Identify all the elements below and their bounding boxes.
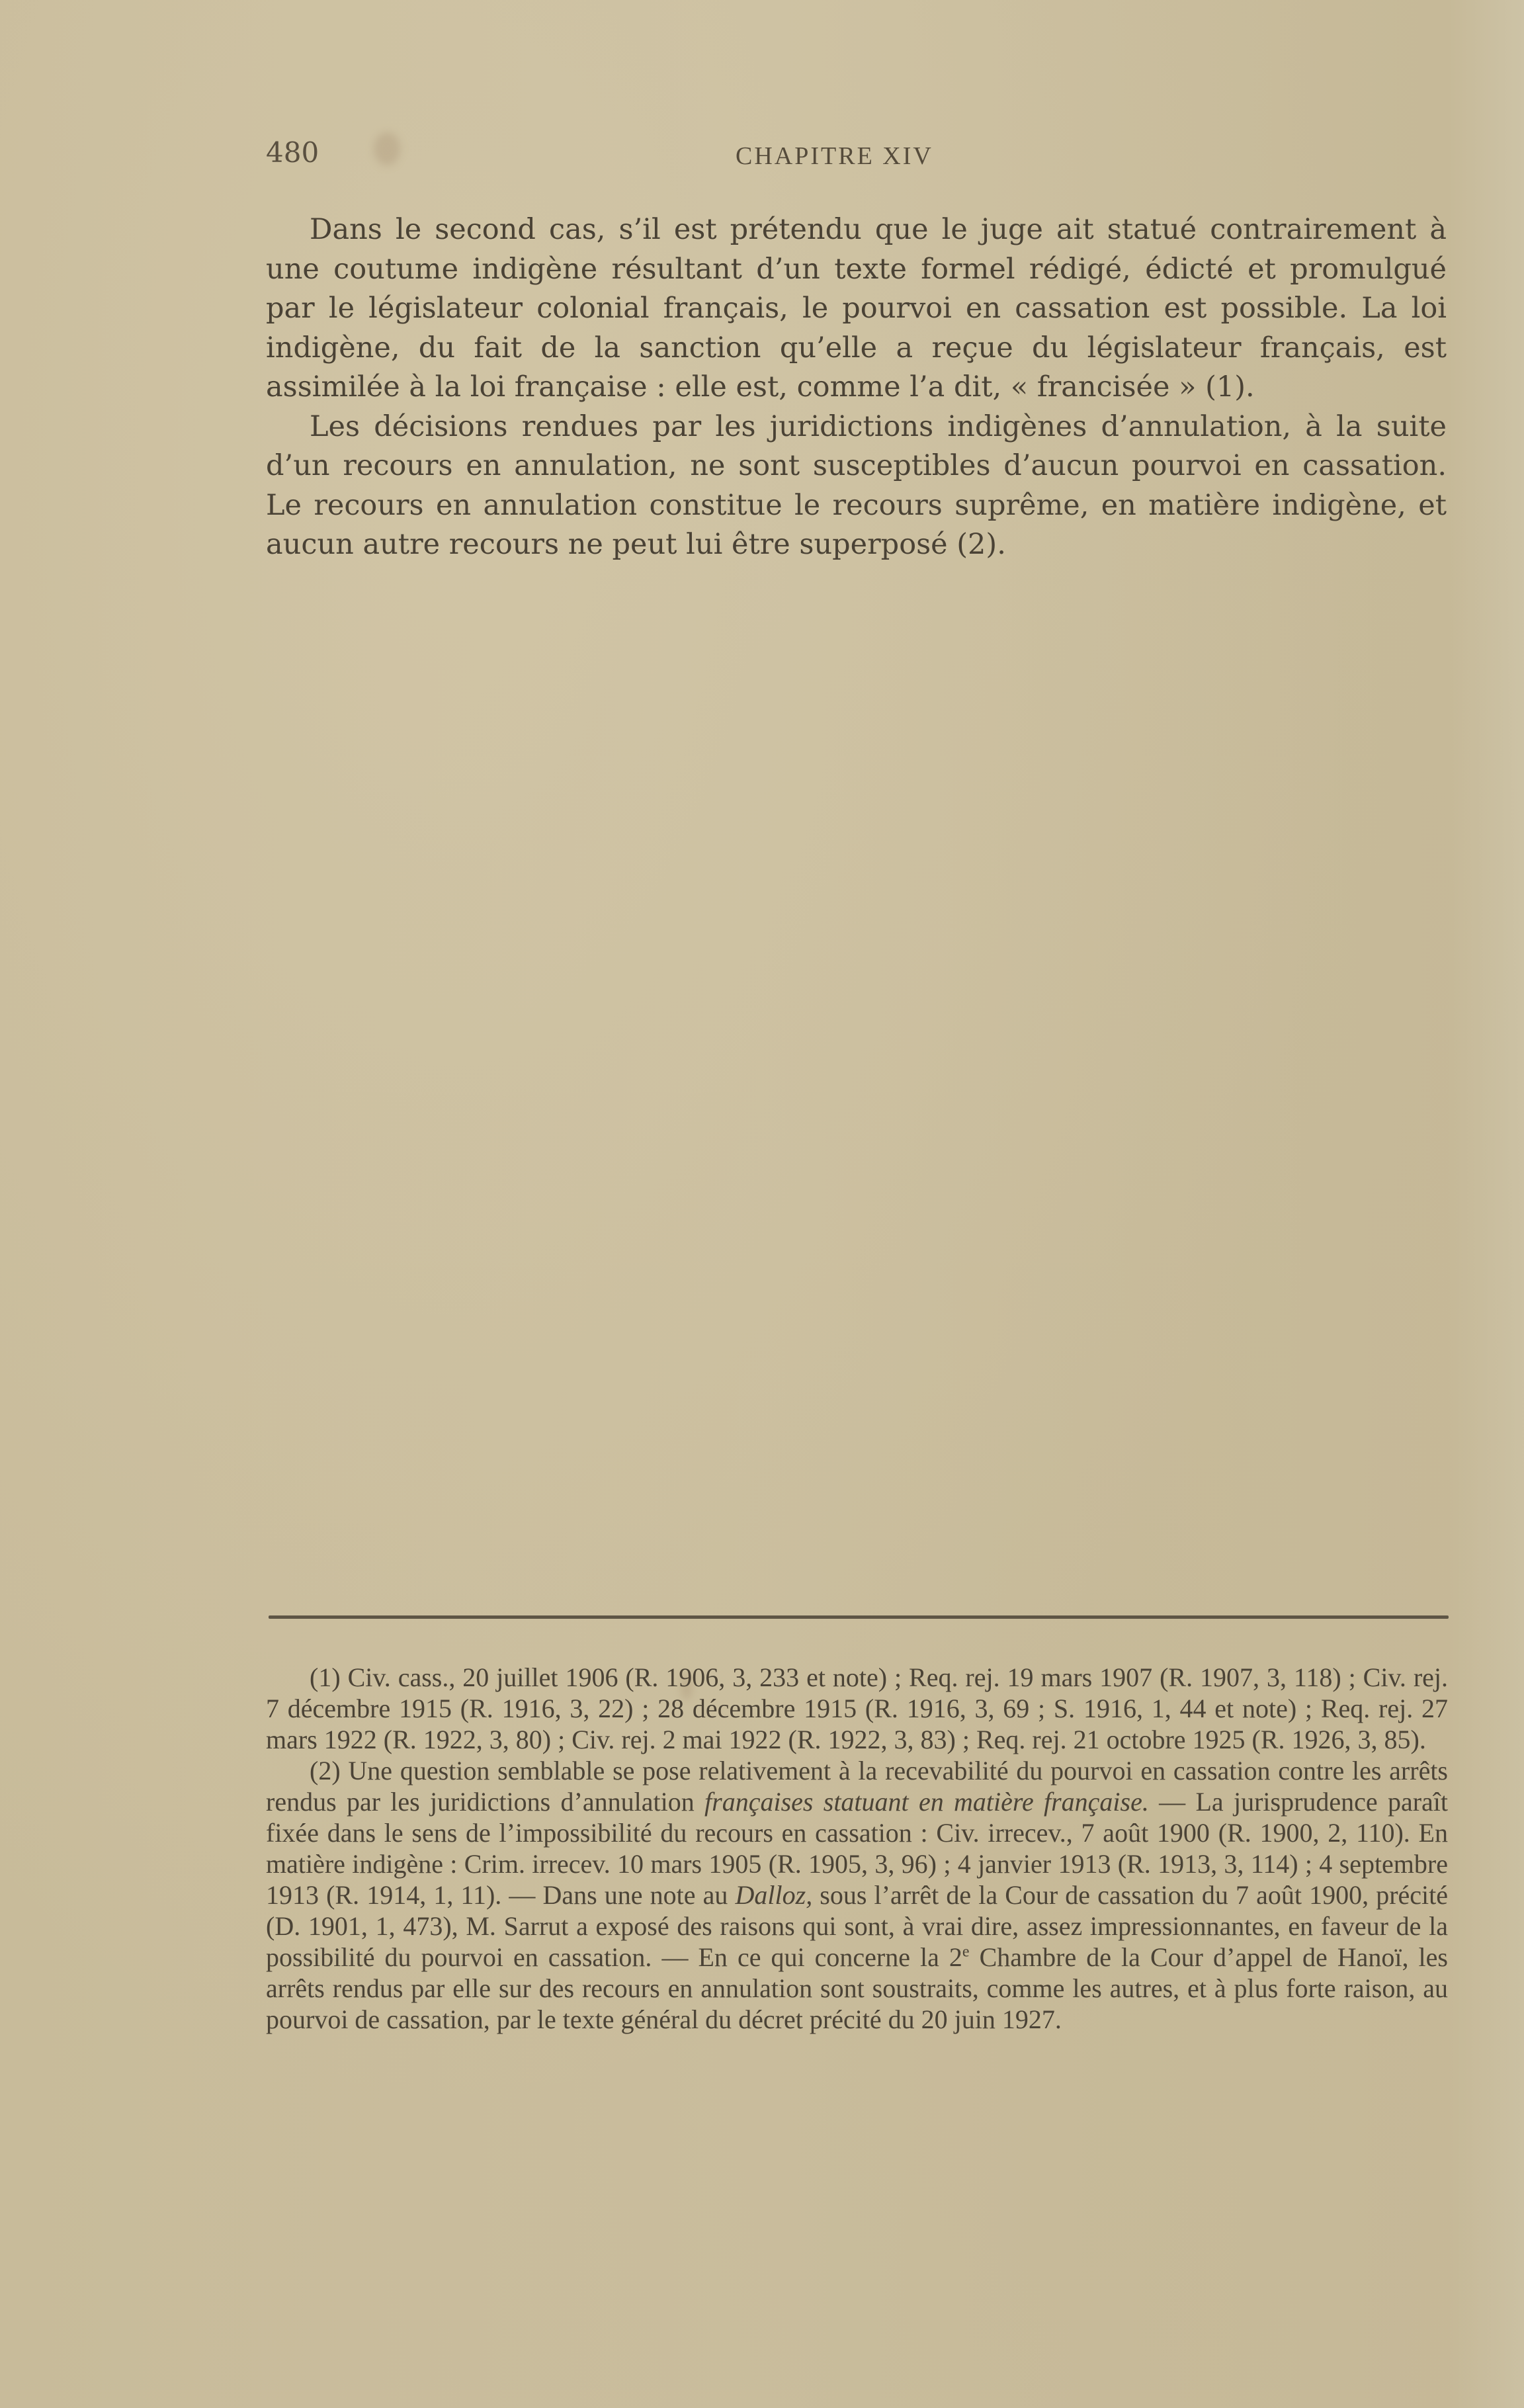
page-number: 480	[266, 136, 319, 169]
running-head: CHAPITRE XIV	[736, 142, 933, 171]
paragraph: Dans le second cas, s’il est prétendu qu…	[266, 210, 1447, 408]
footnote-separator-rule	[269, 1615, 1449, 1619]
footnotes: (1) Civ. cass., 20 juillet 1906 (R. 1906…	[266, 1662, 1448, 2035]
footnote-2: (2) Une question semblable se pose relat…	[266, 1755, 1448, 2035]
footnote-2-italic: françaises statuant en matière française…	[704, 1787, 1149, 1817]
main-text: Dans le second cas, s’il est prétendu qu…	[266, 210, 1447, 565]
ordinal-superscript: e	[962, 1944, 970, 1961]
footnote-1: (1) Civ. cass., 20 juillet 1906 (R. 1906…	[266, 1662, 1448, 1755]
paragraph: Les décisions rendues par les juridictio…	[266, 408, 1447, 565]
footnote-2-italic-dalloz: Dalloz,	[736, 1880, 813, 1910]
page-header: 480 CHAPITRE XIV	[266, 132, 1447, 172]
